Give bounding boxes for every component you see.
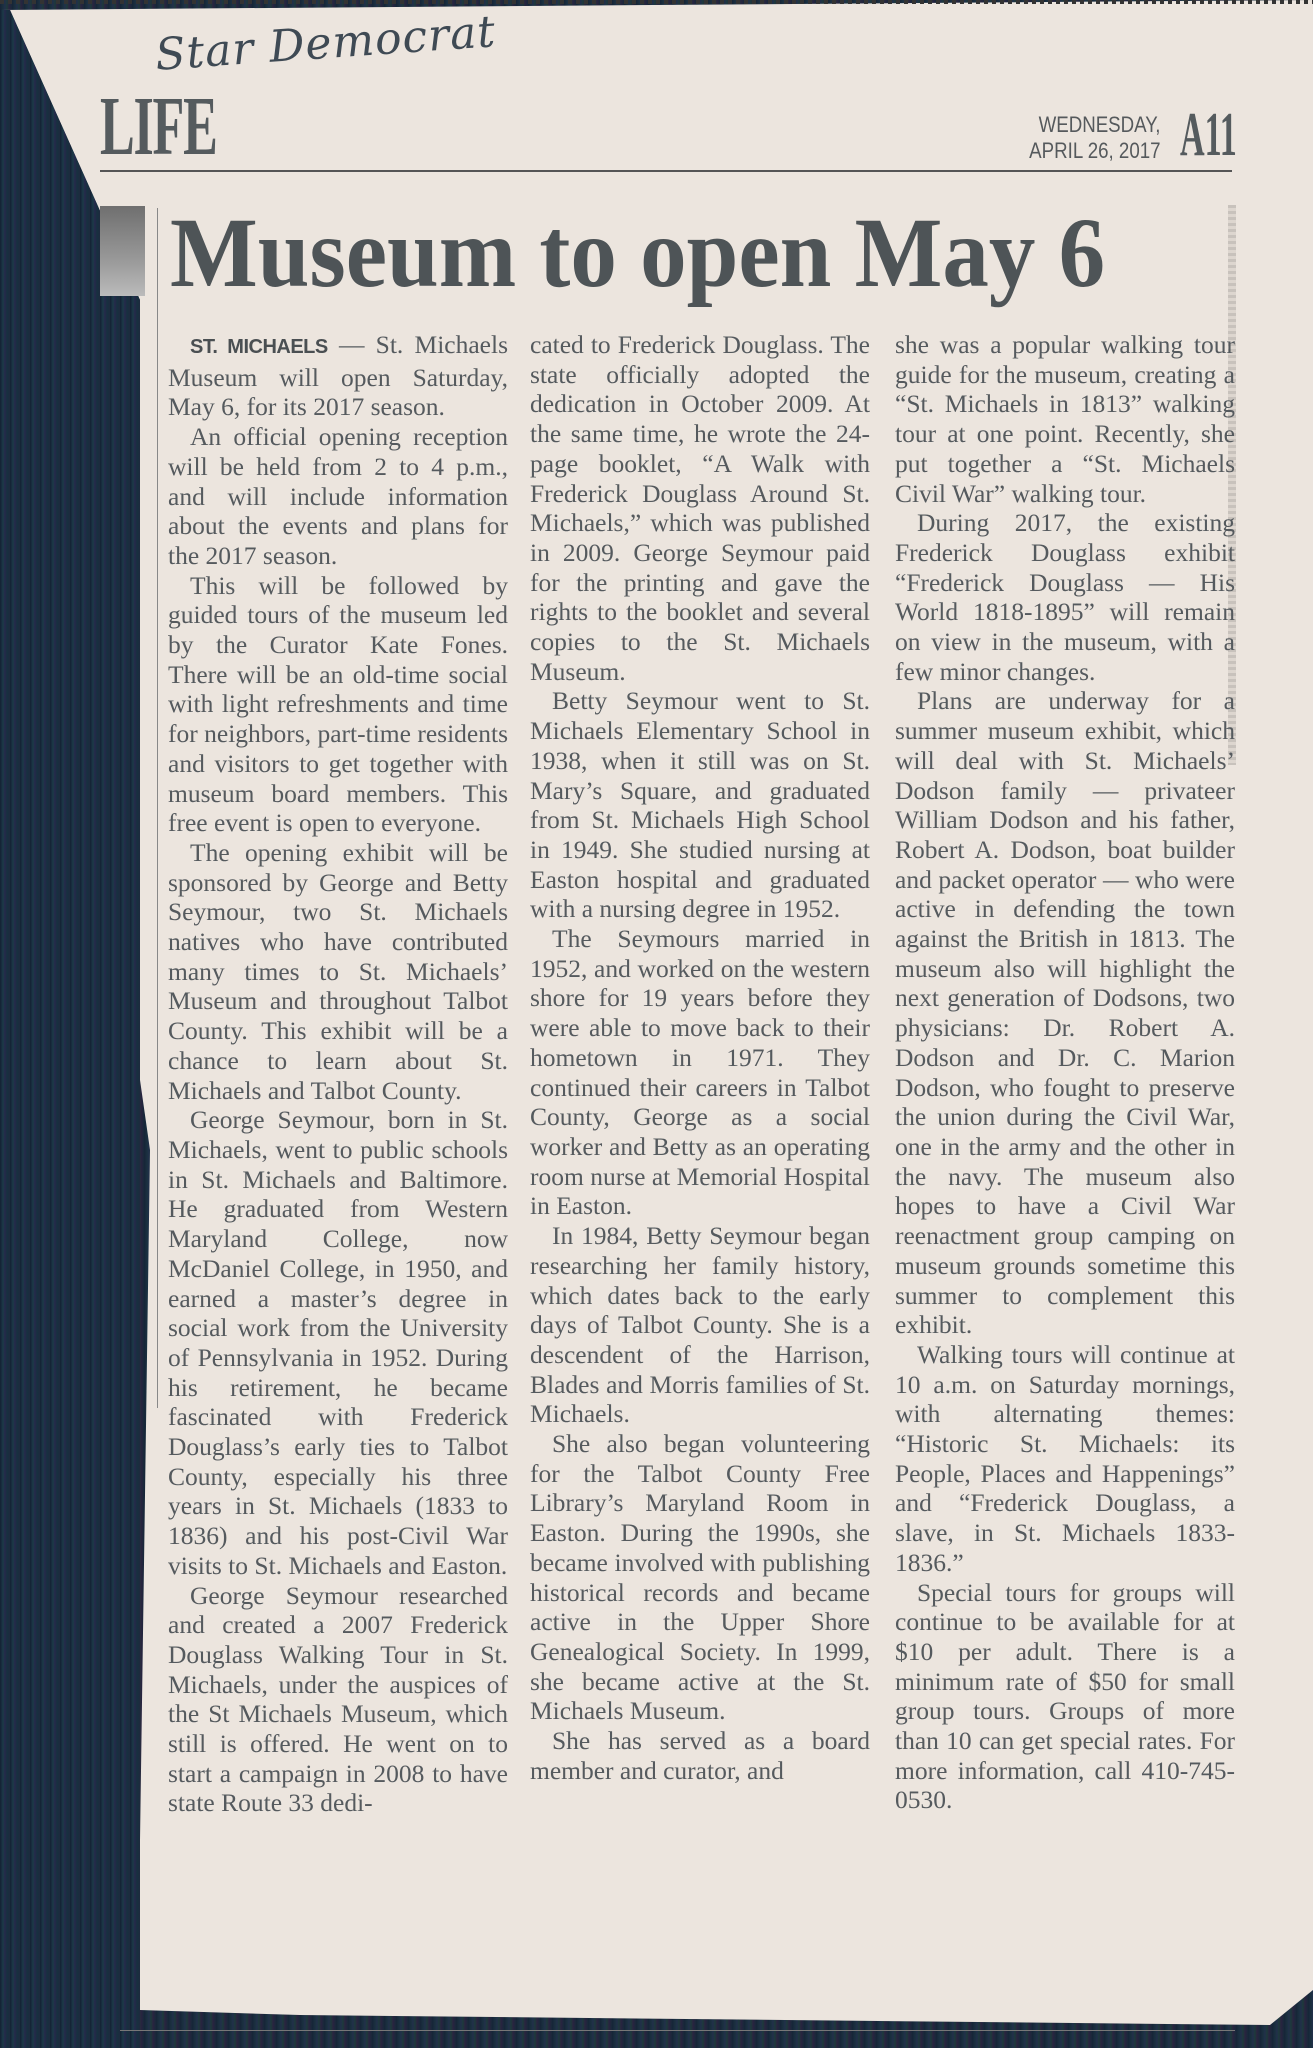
bottom-divider <box>120 2030 1235 2031</box>
page-number: A11 <box>1180 104 1237 166</box>
article-paragraph: This will be followed by guided tours of… <box>168 571 508 838</box>
scanner-shadow-edge <box>0 10 145 2048</box>
article-paragraph: George Seymour, born in St. Michaels, we… <box>168 1105 508 1580</box>
article-paragraph: During 2017, the existing Frederick Doug… <box>895 508 1235 686</box>
article-paragraph: The Seymours married in 1952, and worked… <box>530 924 870 1221</box>
article-paragraph: She also began volunteering for the Talb… <box>530 1429 870 1726</box>
article-paragraph: An official opening reception will be he… <box>168 422 508 571</box>
article-paragraph: ST. MICHAELS — St. Michaels Museum will … <box>168 330 508 422</box>
article-paragraph: Walking tours will continue at 10 a.m. o… <box>895 1340 1235 1578</box>
article-paragraph: George Seymour researched and created a … <box>168 1581 508 1819</box>
issue-date: WEDNESDAY, APRIL 26, 2017 <box>1030 112 1161 164</box>
issue-weekday: WEDNESDAY, <box>1030 112 1161 138</box>
column-divider <box>157 208 158 1408</box>
article-paragraph: Betty Seymour went to St. Michaels Eleme… <box>530 686 870 924</box>
article-paragraph: She has served as a board member and cur… <box>530 1726 870 1785</box>
article-headline: Museum to open May 6 <box>170 198 1105 308</box>
article-paragraph: cated to Frederick Douglass. The state o… <box>530 330 870 686</box>
adjacent-photo-fragment <box>100 206 145 296</box>
article-paragraph: In 1984, Betty Seymour began researching… <box>530 1221 870 1429</box>
section-title: LIFE <box>100 85 217 169</box>
header-divider <box>100 170 1232 172</box>
article-column-2: cated to Frederick Douglass. The state o… <box>530 330 870 1785</box>
issue-date-text: APRIL 26, 2017 <box>1030 138 1161 164</box>
article-paragraph: Plans are underway for a summer museum e… <box>895 686 1235 1339</box>
article-paragraph: Special tours for groups will continue t… <box>895 1578 1235 1816</box>
article-paragraph: she was a popular walking tour guide for… <box>895 330 1235 508</box>
article-paragraph: The opening exhibit will be sponsored by… <box>168 838 508 1105</box>
article-column-3: she was a popular walking tour guide for… <box>895 330 1235 1815</box>
article-dateline: ST. MICHAELS <box>190 336 328 358</box>
perforated-edge <box>0 0 1313 4</box>
article-column-1: ST. MICHAELS — St. Michaels Museum will … <box>168 330 508 1818</box>
